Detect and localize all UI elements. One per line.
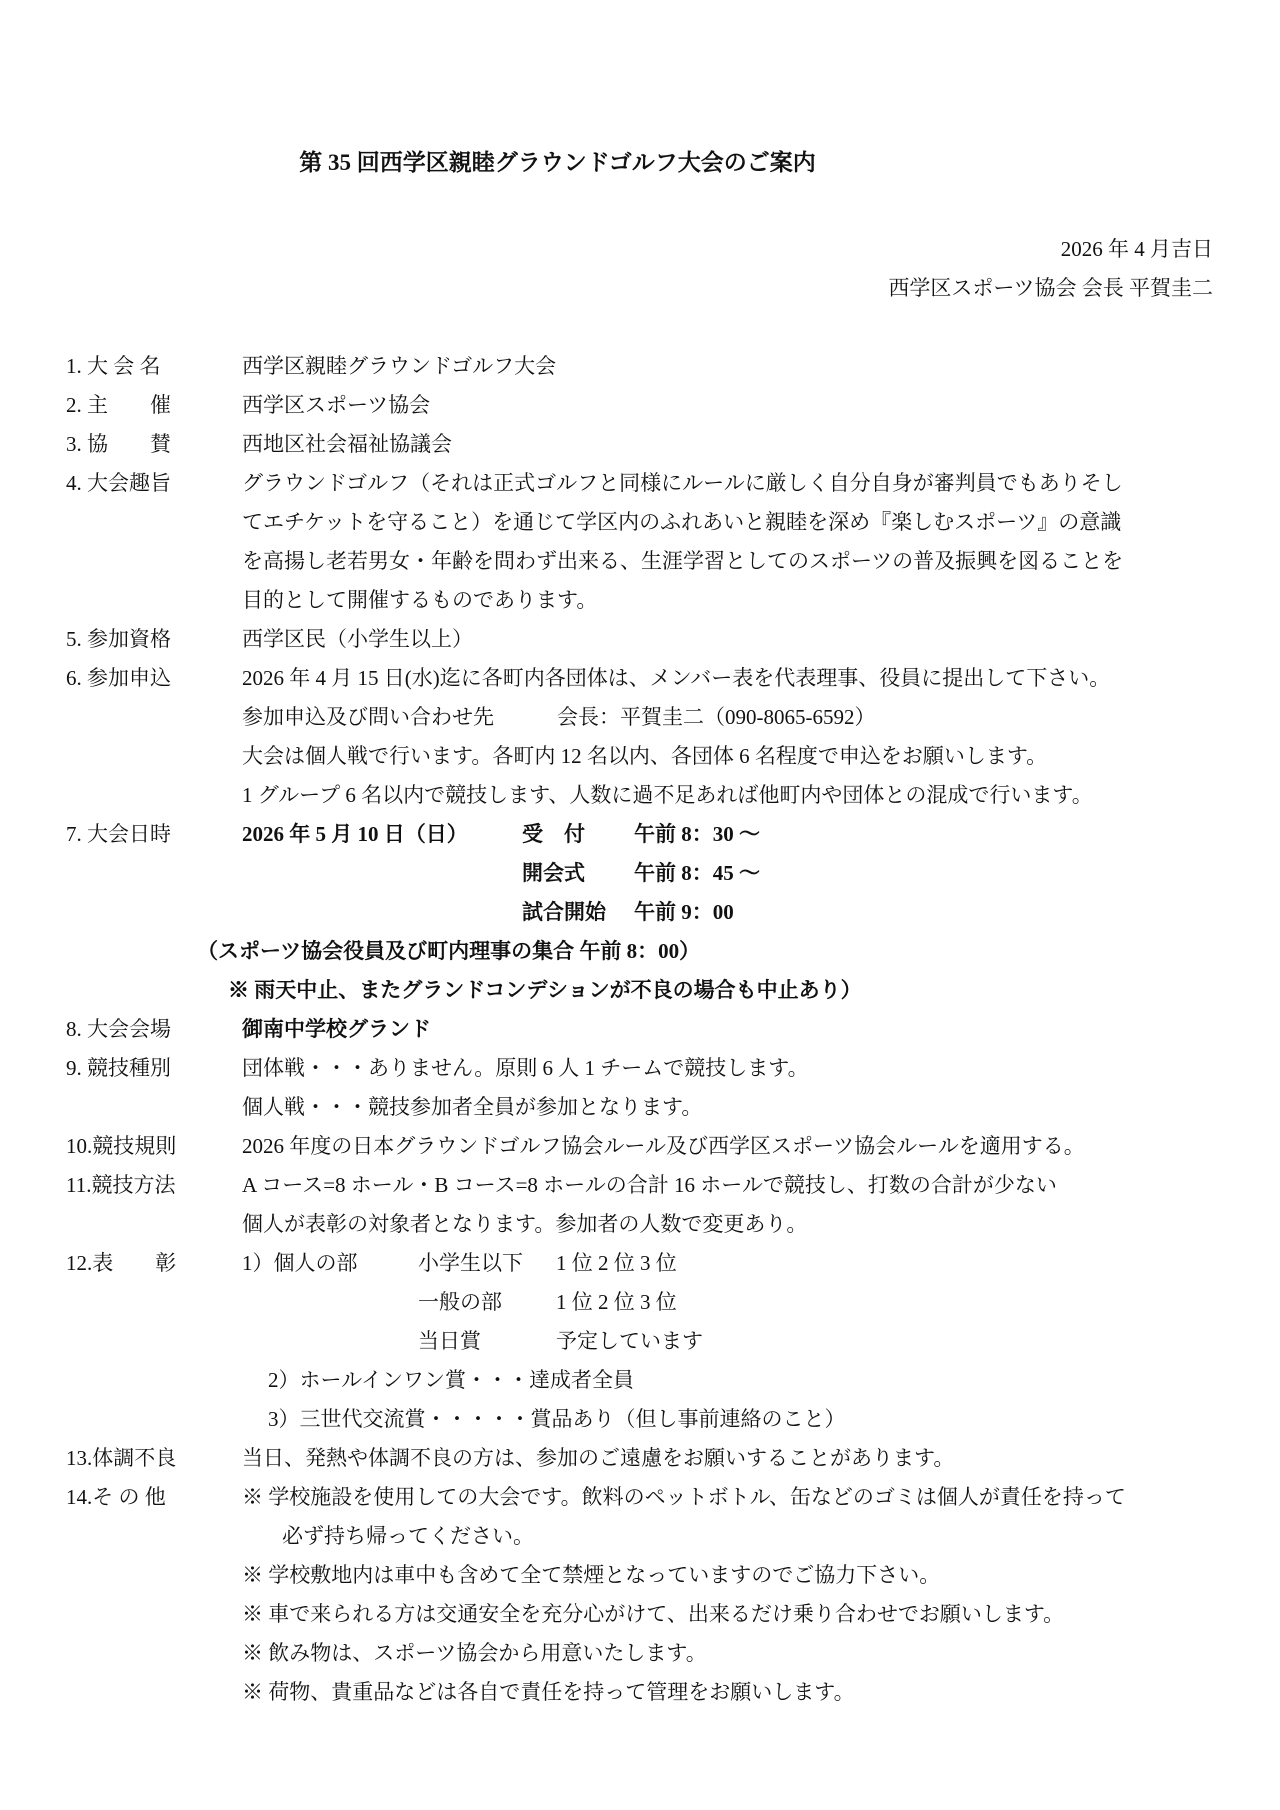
document-item: 7. 大会日時2026 年 5 月 10 日（日）受 付午前 8：30 ～開会式… bbox=[66, 815, 1213, 932]
item-content: 西学区スポーツ協会 bbox=[242, 386, 1213, 425]
item-line: てエチケットを守ること）を通じて学区内のふれあいと親睦を深め『楽しむスポーツ』の… bbox=[242, 503, 1213, 542]
item-content: グラウンドゴルフ（それは正式ゴルフと同様にルールに厳しく自分自身が審判員でもあり… bbox=[242, 464, 1213, 620]
item-label: 2. 主 催 bbox=[66, 386, 242, 425]
item-label: 14.そ の 他 bbox=[66, 1478, 242, 1712]
date-line: 2026 年 4 月吉日 bbox=[66, 230, 1213, 269]
line-col: 1 位 2 位 3 位 bbox=[556, 1283, 1213, 1322]
item-line: 個人が表彰の対象者となります。参加者の人数で変更あり。 bbox=[242, 1205, 1213, 1244]
item-line: ※ 荷物、貴重品などは各自で責任を持って管理をお願いします。 bbox=[242, 1673, 1213, 1712]
document-item: 6. 参加申込2026 年 4 月 15 日(水)迄に各町内各団体は、メンバー表… bbox=[66, 659, 1213, 815]
document-item: 9. 競技種別団体戦・・・ありません。原則 6 人 1 チームで競技します。個人… bbox=[66, 1049, 1213, 1127]
item-label: 9. 競技種別 bbox=[66, 1049, 242, 1127]
line-col: 2026 年 5 月 10 日（日） bbox=[242, 815, 522, 854]
document-item: 11.競技方法A コース=8 ホール・B コース=8 ホールの合計 16 ホール… bbox=[66, 1166, 1213, 1244]
line-col bbox=[242, 893, 522, 932]
line-col bbox=[242, 1283, 418, 1322]
item-line: 当日、発熱や体調不良の方は、参加のご遠慮をお願いすることがあります。 bbox=[242, 1439, 1213, 1478]
line-col: 開会式 bbox=[522, 854, 634, 893]
document-title: 第 35 回西学区親睦グラウンドゴルフ大会のご案内 bbox=[66, 146, 1049, 180]
item-line: ※ 学校敷地内は車中も含めて全て禁煙となっていますのでご協力下さい。 bbox=[242, 1556, 1213, 1595]
item-after-line: （スポーツ協会役員及び町内理事の集合 午前 8：00） bbox=[197, 932, 1213, 971]
item-line: 参加申込及び問い合わせ先 会長：平賀圭二（090-8065-6592） bbox=[242, 698, 1213, 737]
item-line: 御南中学校グランド bbox=[242, 1010, 1213, 1049]
item-label: 4. 大会趣旨 bbox=[66, 464, 242, 620]
line-col bbox=[242, 1322, 418, 1361]
document-item: 12.表 彰1）個人の部小学生以下1 位 2 位 3 位一般の部1 位 2 位 … bbox=[66, 1244, 1213, 1439]
line-col: 小学生以下 bbox=[418, 1244, 556, 1283]
item-content: 西学区民（小学生以上） bbox=[242, 620, 1213, 659]
document-item: 1. 大 会 名西学区親睦グラウンドゴルフ大会 bbox=[66, 347, 1213, 386]
item-line: 2）ホールインワン賞・・・達成者全員 bbox=[268, 1361, 1213, 1400]
line-col: 午前 8：45 ～ bbox=[634, 854, 1213, 893]
document-item: 2. 主 催西学区スポーツ協会 bbox=[66, 386, 1213, 425]
item-line: A コース=8 ホール・B コース=8 ホールの合計 16 ホールで競技し、打数… bbox=[242, 1166, 1213, 1205]
item-line: 西学区民（小学生以上） bbox=[242, 620, 1213, 659]
item-line: ※ 飲み物は、スポーツ協会から用意いたします。 bbox=[242, 1634, 1213, 1673]
item-line: 2026 年度の日本グラウンドゴルフ協会ルール及び西学区スポーツ協会ルールを適用… bbox=[242, 1127, 1213, 1166]
line-col: 試合開始 bbox=[522, 893, 634, 932]
line-col: 1 位 2 位 3 位 bbox=[556, 1244, 1213, 1283]
item-line: 開会式午前 8：45 ～ bbox=[242, 854, 1213, 893]
item-content: ※ 学校施設を使用しての大会です。飲料のペットボトル、缶などのゴミは個人が責任を… bbox=[242, 1478, 1213, 1712]
item-content: 2026 年度の日本グラウンドゴルフ協会ルール及び西学区スポーツ協会ルールを適用… bbox=[242, 1127, 1213, 1166]
item-line: ※ 車で来られる方は交通安全を充分心がけて、出来るだけ乗り合わせでお願いします。 bbox=[242, 1595, 1213, 1634]
document-item: 14.そ の 他※ 学校施設を使用しての大会です。飲料のペットボトル、缶などのゴ… bbox=[66, 1478, 1213, 1712]
item-content: A コース=8 ホール・B コース=8 ホールの合計 16 ホールで競技し、打数… bbox=[242, 1166, 1213, 1244]
line-col: 午前 8：30 ～ bbox=[634, 815, 1213, 854]
document-item: 5. 参加資格西学区民（小学生以上） bbox=[66, 620, 1213, 659]
item-line: 2026 年 5 月 10 日（日）受 付午前 8：30 ～ bbox=[242, 815, 1213, 854]
line-col bbox=[242, 854, 522, 893]
item-line: 1）個人の部小学生以下1 位 2 位 3 位 bbox=[242, 1244, 1213, 1283]
item-line: 一般の部1 位 2 位 3 位 bbox=[242, 1283, 1213, 1322]
item-content: 西学区親睦グラウンドゴルフ大会 bbox=[242, 347, 1213, 386]
item-label: 5. 参加資格 bbox=[66, 620, 242, 659]
item-content: 2026 年 5 月 10 日（日）受 付午前 8：30 ～開会式午前 8：45… bbox=[242, 815, 1213, 932]
item-content: 団体戦・・・ありません。原則 6 人 1 チームで競技します。個人戦・・・競技参… bbox=[242, 1049, 1213, 1127]
item-label: 7. 大会日時 bbox=[66, 815, 242, 932]
item-line: 3）三世代交流賞・・・・・賞品あり（但し事前連絡のこと） bbox=[268, 1400, 1213, 1439]
item-line: 当日賞予定しています bbox=[242, 1322, 1213, 1361]
item-content: 当日、発熱や体調不良の方は、参加のご遠慮をお願いすることがあります。 bbox=[242, 1439, 1213, 1478]
item-line: ※ 学校施設を使用しての大会です。飲料のペットボトル、缶などのゴミは個人が責任を… bbox=[242, 1478, 1213, 1517]
organizer-line: 西学区スポーツ協会 会長 平賀圭二 bbox=[66, 269, 1213, 308]
line-col: 予定しています bbox=[556, 1322, 1213, 1361]
line-col: 当日賞 bbox=[418, 1322, 556, 1361]
item-label: 1. 大 会 名 bbox=[66, 347, 242, 386]
item-content: 2026 年 4 月 15 日(水)迄に各町内各団体は、メンバー表を代表理事、役… bbox=[242, 659, 1213, 815]
item-line: 試合開始午前 9：00 bbox=[242, 893, 1213, 932]
item-line: 西学区スポーツ協会 bbox=[242, 386, 1213, 425]
item-line: 目的として開催するものであります。 bbox=[242, 581, 1213, 620]
item-line: グラウンドゴルフ（それは正式ゴルフと同様にルールに厳しく自分自身が審判員でもあり… bbox=[242, 464, 1213, 503]
item-line: 大会は個人戦で行います。各町内 12 名以内、各団体 6 名程度で申込をお願いし… bbox=[242, 737, 1213, 776]
document-item: 3. 協 賛西地区社会福祉協議会 bbox=[66, 425, 1213, 464]
line-col: 1）個人の部 bbox=[242, 1244, 418, 1283]
item-label: 10.競技規則 bbox=[66, 1127, 242, 1166]
item-content: 西地区社会福祉協議会 bbox=[242, 425, 1213, 464]
line-col: 一般の部 bbox=[418, 1283, 556, 1322]
document-item: 10.競技規則2026 年度の日本グラウンドゴルフ協会ルール及び西学区スポーツ協… bbox=[66, 1127, 1213, 1166]
item-label: 8. 大会会場 bbox=[66, 1010, 242, 1049]
items-list: 1. 大 会 名西学区親睦グラウンドゴルフ大会2. 主 催西学区スポーツ協会3.… bbox=[66, 347, 1213, 1712]
item-line: を高揚し老若男女・年齢を問わず出来る、生涯学習としてのスポーツの普及振興を図るこ… bbox=[242, 542, 1213, 581]
document-item: 4. 大会趣旨グラウンドゴルフ（それは正式ゴルフと同様にルールに厳しく自分自身が… bbox=[66, 464, 1213, 620]
document-item: 8. 大会会場御南中学校グランド bbox=[66, 1010, 1213, 1049]
item-label: 12.表 彰 bbox=[66, 1244, 242, 1439]
item-label: 3. 協 賛 bbox=[66, 425, 242, 464]
item-label: 13.体調不良 bbox=[66, 1439, 242, 1478]
item-content: 御南中学校グランド bbox=[242, 1010, 1213, 1049]
item-line: 個人戦・・・競技参加者全員が参加となります。 bbox=[242, 1088, 1213, 1127]
item-label: 6. 参加申込 bbox=[66, 659, 242, 815]
line-col: 午前 9：00 bbox=[634, 893, 1213, 932]
item-line: 団体戦・・・ありません。原則 6 人 1 チームで競技します。 bbox=[242, 1049, 1213, 1088]
item-line: 必ず持ち帰ってください。 bbox=[282, 1517, 1213, 1556]
item-after-line: ※ 雨天中止、またグランドコンデションが不良の場合も中止あり） bbox=[228, 971, 1213, 1010]
line-col: 受 付 bbox=[522, 815, 634, 854]
item-line: 西学区親睦グラウンドゴルフ大会 bbox=[242, 347, 1213, 386]
item-line: 西地区社会福祉協議会 bbox=[242, 425, 1213, 464]
item-label: 11.競技方法 bbox=[66, 1166, 242, 1244]
item-content: 1）個人の部小学生以下1 位 2 位 3 位一般の部1 位 2 位 3 位当日賞… bbox=[242, 1244, 1213, 1439]
item-line: 1 グループ 6 名以内で競技します、人数に過不足あれば他町内や団体との混成で行… bbox=[242, 776, 1213, 815]
document-page: 第 35 回西学区親睦グラウンドゴルフ大会のご案内 2026 年 4 月吉日 西… bbox=[0, 0, 1280, 1810]
item-line: 2026 年 4 月 15 日(水)迄に各町内各団体は、メンバー表を代表理事、役… bbox=[242, 659, 1213, 698]
document-item: 13.体調不良当日、発熱や体調不良の方は、参加のご遠慮をお願いすることがあります… bbox=[66, 1439, 1213, 1478]
